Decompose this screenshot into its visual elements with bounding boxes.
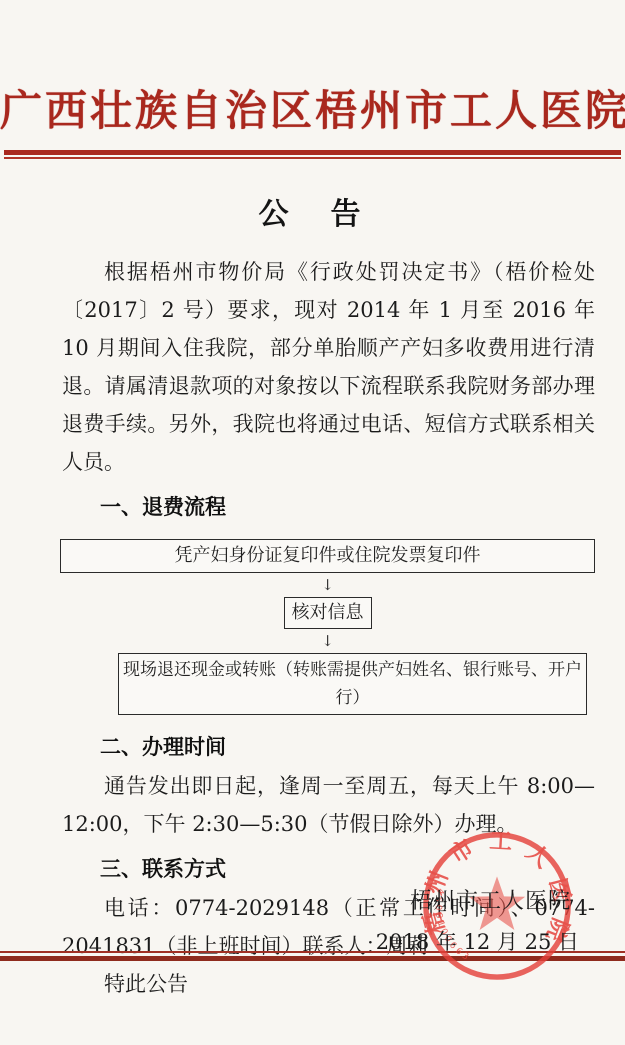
- intro-paragraph: 根据梧州市物价局《行政处罚决定书》（梧价检处〔2017〕2 号）要求，现对 20…: [62, 253, 595, 481]
- section-1-heading: 一、退费流程: [100, 491, 595, 521]
- flow-step-refund: 现场退还现金或转账（转账需提供产妇姓名、银行账号、开户行）: [118, 653, 587, 715]
- letterhead-hospital-name: 广西壮族自治区梧州市工人医院: [0, 78, 625, 138]
- letterhead-rule-thin: [4, 157, 621, 159]
- signature-name: 梧州市工人医院: [376, 884, 571, 915]
- notice-title: 公 告: [0, 189, 625, 233]
- letterhead-rule: [4, 150, 621, 159]
- notice-page: 广西壮族自治区梧州市工人医院 公 告 根据梧州市物价局《行政处罚决定书》（梧价检…: [0, 0, 625, 1045]
- refund-flowchart: 凭产妇身份证复印件或住院发票复印件 ↓ 核对信息 ↓ 现场退还现金或转账（转账需…: [60, 539, 595, 715]
- signature-block: 梧州市工人医院 2018 年 12 月 25 日: [376, 884, 579, 956]
- signature-date: 2018 年 12 月 25 日: [376, 926, 579, 956]
- arrow-down-icon: ↓: [60, 629, 595, 653]
- flow-step-documents: 凭产妇身份证复印件或住院发票复印件: [60, 539, 595, 573]
- flow-step-verify-wrap: 核对信息: [60, 597, 595, 629]
- arrow-down-icon: ↓: [60, 573, 595, 597]
- section-2-heading: 二、办理时间: [100, 731, 595, 761]
- flow-step-verify: 核对信息: [284, 597, 372, 629]
